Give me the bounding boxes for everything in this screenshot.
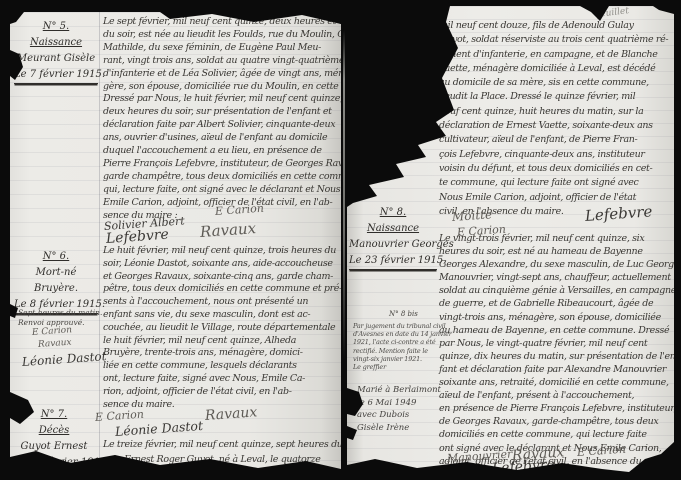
text-line: Bruyère, trente-trois ans, ménagère, dom… — [103, 347, 339, 360]
text-line: Marié à Berlaimont — [357, 384, 437, 397]
right-page: feuillet mil neuf cent douze, fils de Ad… — [347, 6, 674, 472]
corner-note: feuillet — [597, 6, 630, 20]
text-line: Meurant Gisèle — [14, 52, 98, 66]
text-line: Sept heures du matin. — [18, 308, 98, 318]
text-line: Guyot Ernest — [12, 440, 96, 454]
act7-body-continued: mil neuf cent douze, fils de Adenould Gu… — [439, 19, 674, 219]
text-line: Georges Alexandre, du sexe masculin, de … — [439, 258, 674, 271]
text-line: pêtre, tous deux domiciliés en cette com… — [103, 283, 339, 296]
text-line: et Georges Ravaux, soixante-cinq ans, ga… — [103, 271, 339, 284]
text-line: Le vingt-trois février, mil neuf cent qu… — [439, 232, 674, 245]
text-line: le huit février, mil neuf cent quinze, A… — [103, 335, 339, 348]
text-line: soldat au cinquième génie à Versailles, … — [439, 284, 674, 297]
text-line: soir, Ernest Roger Guyot, né à Leval, le… — [103, 453, 339, 468]
text-line: Manouvrier Georges — [349, 238, 437, 252]
text-line: heures du soir, est né au hameau de Baye… — [439, 245, 674, 258]
margin-signature-dastot: Léonie Dastot — [22, 349, 107, 369]
text-line: ont, lecture faite, signé avec Nous, Emi… — [103, 373, 339, 386]
text-line: avec Dubois — [357, 409, 437, 422]
text-line: Mort-né — [14, 266, 98, 280]
text-line: gère, son épouse, domiciliée rue du Moul… — [103, 81, 339, 94]
text-line: Pierre François Lefebvre, instituteur, d… — [103, 158, 339, 171]
text-line: domiciliés en cette commune, qui lecture… — [439, 428, 674, 441]
text-line: du soir, est née au lieudit les Foulds, … — [103, 29, 339, 42]
text-line: deux heures du soir, sur présentation de… — [103, 106, 339, 119]
left-page: N° 5.NaissanceMeurant GisèleLe 7 février… — [10, 12, 341, 475]
text-line: au hameau de Bayenne, en cette commune. … — [439, 324, 674, 337]
margin-rule — [99, 12, 100, 475]
text-line: qui, lecture faite, ont signé avec le dé… — [103, 184, 339, 197]
gutter-page-edge — [343, 30, 345, 360]
text-line: quinze, dix heures du matin, sur présent… — [439, 350, 674, 363]
text-line: enfant sans vie, du sexe masculin, dont … — [103, 309, 339, 322]
act8-margin-small-label: N° 8 bis — [389, 310, 418, 318]
text-line: mil neuf cent douze, fils de Adenould Gu… — [439, 19, 674, 33]
text-line: Manouvrier, vingt-sept ans, chauffeur, a… — [439, 271, 674, 284]
text-line: Décès — [12, 424, 96, 438]
text-line: d'infanterie et de Léa Solivier, âgée de… — [103, 68, 339, 81]
text-line: cultivateur, aïeul de l'enfant, de Pierr… — [439, 133, 674, 147]
text-line: de guerre, et de Gabrielle Ribeaucourt, … — [439, 297, 674, 310]
text-line: couchée, au lieudit le Village, route dé… — [103, 322, 339, 335]
margin-signature-carion: E Carion — [32, 325, 73, 338]
text-line: Le sept février, mil neuf cent quinze, d… — [103, 16, 339, 29]
text-line: liée en cette commune, lesquels déclaran… — [103, 360, 339, 373]
text-line: Guyot, soldat réserviste au trois cent q… — [439, 33, 674, 47]
act6-body: Le huit février, mil neuf cent quinze, t… — [103, 245, 339, 411]
text-line: vingt-six janvier 1921. — [353, 355, 435, 363]
text-line: 1921, l'acte ci-contre a été — [353, 338, 435, 346]
act5-margin: N° 5.NaissanceMeurant GisèleLe 7 février… — [14, 20, 98, 86]
text-line: Mathilde, du sexe féminin, de Eugène Pau… — [103, 42, 339, 55]
text-line: rectifié. Mention faite le — [353, 347, 435, 355]
text-line: Le 7 février 1915. — [14, 68, 98, 84]
text-line: aïeul de l'enfant, présent à l'accouchem… — [439, 389, 674, 402]
signature-ravaux-2: Ravaux — [204, 404, 257, 424]
text-line: par Nous, le vingt-quatre février, mil n… — [439, 337, 674, 350]
margin-signature-ravaux: Ravaux — [38, 338, 72, 350]
signature-lefebvre: Lefebvre — [105, 227, 169, 247]
text-line: en présence de Pierre François Lefebvre,… — [439, 402, 674, 415]
act8-body: Le vingt-trois février, mil neuf cent qu… — [439, 232, 674, 468]
act8-judgment-note: Par jugement du tribunal civild'Avesnes … — [353, 322, 435, 371]
text-line: rion, adjoint, officier de l'état civil,… — [103, 386, 339, 399]
text-line: Bruyère. — [14, 282, 98, 296]
text-line: de Georges Ravaux, garde-champêtre, tous… — [439, 415, 674, 428]
text-line: Le 13 février 1915. — [12, 456, 96, 472]
act7-body: Le treize février, mil neuf cent quinze,… — [103, 438, 339, 467]
act7-margin: N° 7.DécèsGuyot ErnestLe 13 février 1915… — [12, 408, 96, 474]
text-line: N° 5. — [14, 20, 98, 34]
text-line: Gisèle Irène — [357, 422, 437, 435]
text-line: Le greffier — [353, 363, 435, 371]
act5-body: Le sept février, mil neuf cent quinze, d… — [103, 16, 339, 223]
text-line: sents à l'accouchement, nous ont présent… — [103, 296, 339, 309]
text-line: Dressé par Nous, le huit février, mil ne… — [103, 93, 339, 106]
act8-marriage-note: Marié à Berlaimontle 6 Mai 1949avec Dubo… — [357, 384, 437, 434]
act6-margin: N° 6.Mort-néBruyère.Le 8 février 1915. — [14, 250, 98, 316]
text-line: le 6 Mai 1949 — [357, 397, 437, 410]
text-line: Par jugement du tribunal civil — [353, 322, 435, 330]
text-line: fant et déclaration faite par Alexandre … — [439, 363, 674, 376]
text-line: lieudit la Place. Dressé le quinze févri… — [439, 90, 674, 104]
text-line: Naissance — [349, 222, 437, 236]
text-line: te commune, qui lecture faite ont signé … — [439, 176, 674, 190]
text-line: déclaration faite par Albert Solivier, c… — [103, 119, 339, 132]
text-line: ans, ouvrier d'usines, aïeul de l'enfant… — [103, 132, 339, 145]
text-line: neuf cent quinze, huit heures du matin, … — [439, 105, 674, 119]
text-line: N° 7. — [12, 408, 96, 422]
signature-moitte: Moitte — [452, 207, 493, 224]
text-line: giment d'infanterie, en campagne, et de … — [439, 48, 674, 62]
text-line: soixante ans, retraité, domicilié en cet… — [439, 376, 674, 389]
text-line: d'Avesnes en date du 14 janvier — [353, 330, 435, 338]
signature-ravaux: Ravaux — [199, 219, 256, 241]
act8-margin: N° 8.NaissanceManouvrier GeorgesLe 23 fé… — [349, 206, 437, 272]
text-line: Le 23 février 1915. — [349, 254, 437, 270]
text-line: N° 8. — [349, 206, 437, 220]
text-line: voisin du défunt, et tous deux domicilié… — [439, 162, 674, 176]
text-line: Naissance — [14, 36, 98, 50]
text-line: Le huit février, mil neuf cent quinze, t… — [103, 245, 339, 258]
text-line: duquel l'accouchement a eu lieu, en prés… — [103, 145, 339, 158]
text-line: au domicile de sa mère, sis en cette com… — [439, 76, 674, 90]
text-line: Le treize février, mil neuf cent quinze,… — [103, 438, 339, 453]
text-line: garde champêtre, tous deux domiciliés en… — [103, 171, 339, 184]
text-line: çois Lefebvre, cinquante-deux ans, insti… — [439, 148, 674, 162]
text-line: N° 6. — [14, 250, 98, 264]
text-line: déclaration de Ernest Vaette, soixante-d… — [439, 119, 674, 133]
text-line: rant, vingt trois ans, soldat au quatre … — [103, 55, 339, 68]
signature-lefebvre-2: Lefebvre — [584, 202, 652, 225]
register-scan: N° 5.NaissanceMeurant GisèleLe 7 février… — [0, 0, 681, 480]
text-line: Vaette, ménagère domiciliée à Leval, est… — [439, 62, 674, 76]
text-line: soir, Léonie Dastot, soixante ans, aide-… — [103, 258, 339, 271]
act6-margin-notes: Sept heures du matin.Renvoi approuvé. — [18, 308, 98, 328]
text-line: vingt-trois ans, ménagère, son épouse, d… — [439, 311, 674, 324]
